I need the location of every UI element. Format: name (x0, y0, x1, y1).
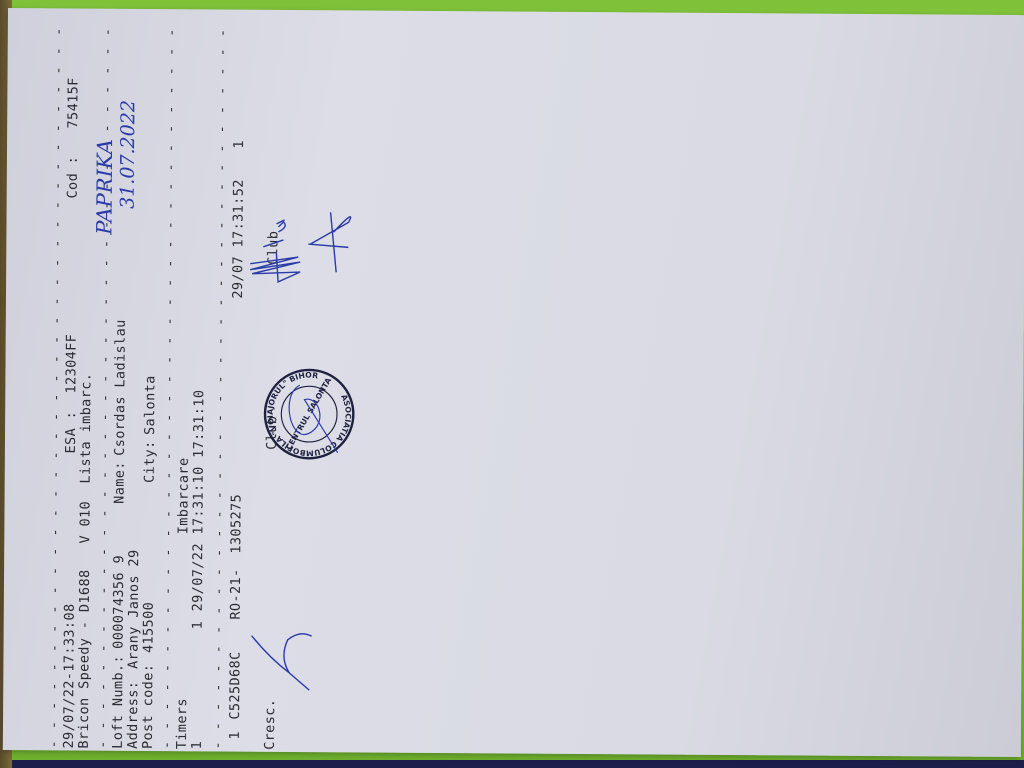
entry-count: 1 (232, 140, 247, 149)
signature-club (238, 202, 369, 293)
postcode-value: 415500 (142, 483, 158, 653)
entry-ring-prefix: RO-21- (229, 554, 244, 620)
timer-index: 1 (190, 629, 206, 749)
timer-datetime: 29/07/22 17:31:10 17:31:10 (191, 390, 208, 612)
name-label: Name: (113, 456, 128, 504)
postcode-label: Post code: (141, 653, 157, 749)
entry-index: 1 (228, 720, 243, 750)
receipt-text: - - - - - - - - - - - - - - - - - - - - … (47, 28, 283, 750)
cod-label: Cod : (66, 128, 81, 198)
firmware-version: V 010 (78, 484, 93, 544)
city-value: Salonta (143, 375, 158, 435)
esa-value: 12304FF (64, 198, 80, 393)
stamp-inner-text: CENTRUL SALONTA (284, 376, 333, 451)
entry-chip: C525D68C (228, 620, 244, 720)
document-title: Lista imbarc. (79, 373, 95, 484)
club-stamp: ASOCIATIA COLUMBOFILA "VOIAJORUL" BIHOR … (261, 366, 358, 463)
receipt-paper: - - - - - - - - - - - - - - - - - - - - … (3, 8, 1024, 757)
handwritten-race-name: PAPRIKA (92, 139, 117, 235)
timer-number: 1 (191, 611, 206, 629)
handwritten-date: 31.07.2022 (117, 100, 140, 209)
entry-ring-number: 1305275 (229, 299, 246, 554)
breeder-label: Cresc. (263, 450, 280, 750)
timers-label: Timers (175, 534, 192, 749)
entry-row: 1 C525D68C RO-21- 1305275 29/07 17:31:52… (228, 30, 248, 750)
device-name: Bricon Speedy - D1688 (77, 544, 93, 749)
cod-value: 75415F (66, 77, 81, 128)
name-value: Csordas Ladislau (113, 319, 129, 456)
signature-breeder (249, 628, 319, 698)
city-label: City: (143, 435, 158, 483)
